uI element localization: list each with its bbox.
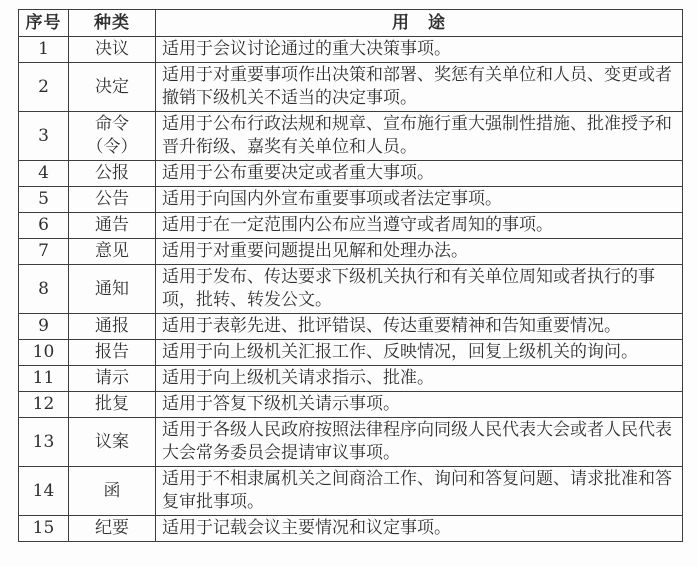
doc-type-cell: 通告	[69, 213, 156, 239]
header-cell-number: 序号	[19, 10, 69, 37]
row-number-cell: 13	[19, 418, 69, 467]
doc-type-cell: 批复	[69, 392, 156, 418]
table-row: 1决议适用于会议讨论通过的重大决策事项。	[19, 37, 683, 63]
table-row: 7意见适用于对重要问题提出见解和处理办法。	[19, 239, 683, 265]
row-number-cell: 5	[19, 187, 69, 213]
doc-type-table-body: 1决议适用于会议讨论通过的重大决策事项。2决定适用于对重要事项作出决策和部署、奖…	[19, 37, 683, 542]
doc-type-cell: 命令（令）	[69, 112, 156, 161]
doc-type-cell: 公告	[69, 187, 156, 213]
doc-usage-cell: 适用于各级人民政府按照法律程序向同级人民代表大会或者人民代表大会常务委员会提请审…	[156, 418, 683, 467]
document-types-table-container: 序号 种类 用 途 1决议适用于会议讨论通过的重大决策事项。2决定适用于对重要事…	[18, 9, 682, 542]
row-number-cell: 11	[19, 366, 69, 392]
doc-type-cell: 通知	[69, 265, 156, 314]
row-number-cell: 2	[19, 63, 69, 112]
doc-usage-cell: 适用于发布、传达要求下级机关执行和有关单位周知或者执行的事项，批转、转发公文。	[156, 265, 683, 314]
doc-usage-cell: 适用于对重要事项作出决策和部署、奖惩有关单位和人员、变更或者撤销下级机关不适当的…	[156, 63, 683, 112]
table-row: 14函适用于不相隶属机关之间商洽工作、询问和答复问题、请求批准和答复审批事项。	[19, 467, 683, 516]
row-number-cell: 12	[19, 392, 69, 418]
doc-type-cell: 纪要	[69, 516, 156, 542]
table-row: 4公报适用于公布重要决定或者重大事项。	[19, 161, 683, 187]
table-row: 9通报适用于表彰先进、批评错误、传达重要精神和告知重要情况。	[19, 314, 683, 340]
table-row: 12批复适用于答复下级机关请示事项。	[19, 392, 683, 418]
row-number-cell: 3	[19, 112, 69, 161]
doc-type-cell: 报告	[69, 340, 156, 366]
doc-type-cell: 意见	[69, 239, 156, 265]
document-types-table: 序号 种类 用 途 1决议适用于会议讨论通过的重大决策事项。2决定适用于对重要事…	[18, 9, 683, 542]
doc-usage-cell: 适用于公布重要决定或者重大事项。	[156, 161, 683, 187]
doc-usage-cell: 适用于在一定范围内公布应当遵守或者周知的事项。	[156, 213, 683, 239]
table-header-row: 序号 种类 用 途	[19, 10, 683, 37]
header-cell-type: 种类	[69, 10, 156, 37]
table-row: 10报告适用于向上级机关汇报工作、反映情况，回复上级机关的询问。	[19, 340, 683, 366]
doc-usage-cell: 适用于记载会议主要情况和议定事项。	[156, 516, 683, 542]
row-number-cell: 15	[19, 516, 69, 542]
header-cell-usage: 用 途	[156, 10, 683, 37]
doc-usage-cell: 适用于表彰先进、批评错误、传达重要精神和告知重要情况。	[156, 314, 683, 340]
table-row: 6通告适用于在一定范围内公布应当遵守或者周知的事项。	[19, 213, 683, 239]
doc-type-cell: 议案	[69, 418, 156, 467]
row-number-cell: 10	[19, 340, 69, 366]
doc-usage-cell: 适用于公布行政法规和规章、宣布施行重大强制性措施、批准授予和晋升衔级、嘉奖有关单…	[156, 112, 683, 161]
doc-type-cell: 函	[69, 467, 156, 516]
row-number-cell: 7	[19, 239, 69, 265]
row-number-cell: 8	[19, 265, 69, 314]
doc-usage-cell: 适用于不相隶属机关之间商洽工作、询问和答复问题、请求批准和答复审批事项。	[156, 467, 683, 516]
doc-usage-cell: 适用于向国内外宣布重要事项或者法定事项。	[156, 187, 683, 213]
table-row: 15纪要适用于记载会议主要情况和议定事项。	[19, 516, 683, 542]
row-number-cell: 9	[19, 314, 69, 340]
table-row: 13议案适用于各级人民政府按照法律程序向同级人民代表大会或者人民代表大会常务委员…	[19, 418, 683, 467]
table-row: 5公告适用于向国内外宣布重要事项或者法定事项。	[19, 187, 683, 213]
doc-type-cell: 决议	[69, 37, 156, 63]
doc-usage-cell: 适用于向上级机关请求指示、批准。	[156, 366, 683, 392]
table-row: 11请示适用于向上级机关请求指示、批准。	[19, 366, 683, 392]
doc-type-cell: 公报	[69, 161, 156, 187]
table-row: 2决定适用于对重要事项作出决策和部署、奖惩有关单位和人员、变更或者撤销下级机关不…	[19, 63, 683, 112]
table-row: 3命令（令）适用于公布行政法规和规章、宣布施行重大强制性措施、批准授予和晋升衔级…	[19, 112, 683, 161]
row-number-cell: 1	[19, 37, 69, 63]
row-number-cell: 4	[19, 161, 69, 187]
row-number-cell: 14	[19, 467, 69, 516]
doc-usage-cell: 适用于答复下级机关请示事项。	[156, 392, 683, 418]
table-row: 8通知适用于发布、传达要求下级机关执行和有关单位周知或者执行的事项，批转、转发公…	[19, 265, 683, 314]
row-number-cell: 6	[19, 213, 69, 239]
doc-type-cell: 通报	[69, 314, 156, 340]
doc-type-cell: 决定	[69, 63, 156, 112]
doc-usage-cell: 适用于会议讨论通过的重大决策事项。	[156, 37, 683, 63]
doc-type-cell: 请示	[69, 366, 156, 392]
doc-usage-cell: 适用于向上级机关汇报工作、反映情况，回复上级机关的询问。	[156, 340, 683, 366]
doc-usage-cell: 适用于对重要问题提出见解和处理办法。	[156, 239, 683, 265]
